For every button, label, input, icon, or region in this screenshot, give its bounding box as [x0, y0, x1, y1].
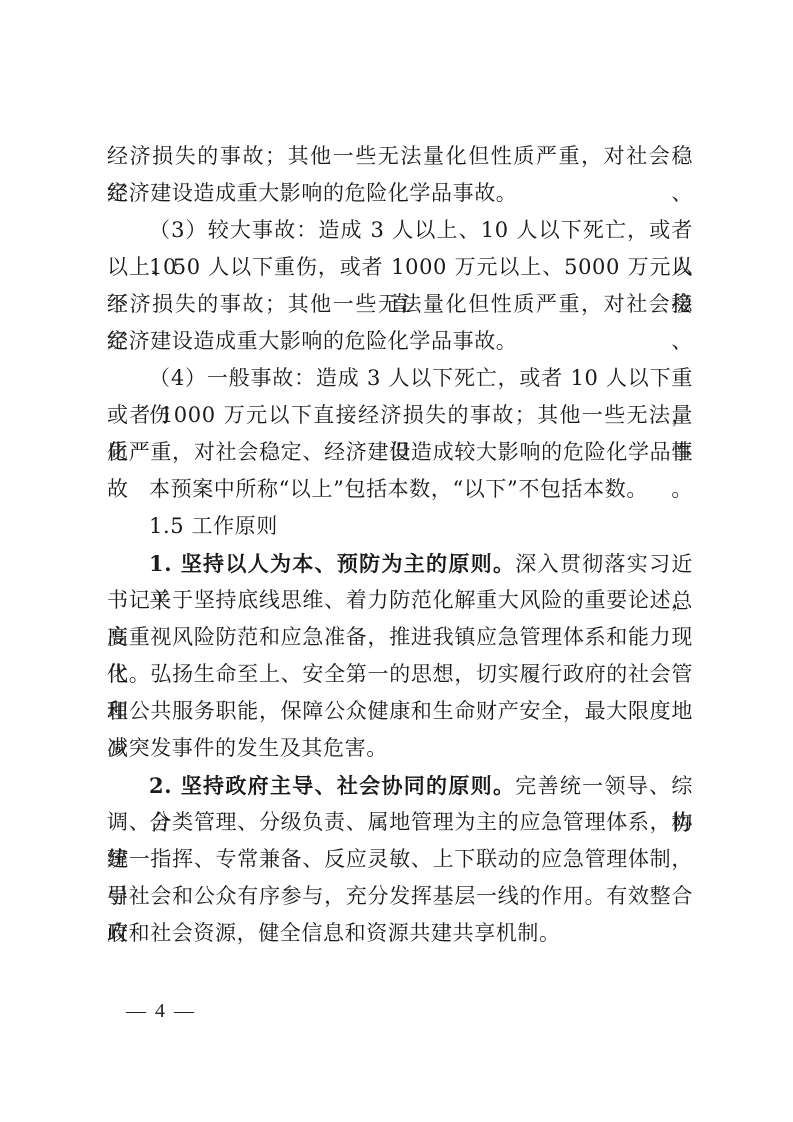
paragraph-major-accident: （3）较大事故：造成 3 人以上、10 人以下死亡，或者 10 人 — [107, 212, 693, 249]
paragraph-general-accident: （4）一般事故：造成 3 人以下死亡，或者 10 人以下重伤， — [107, 360, 693, 397]
line-text: 经济建设造成重大影响的危险化学品事故。 — [107, 329, 517, 353]
principle-1-title: 1. 坚持以人为本、预防为主的原则。 — [149, 551, 515, 576]
text-line: 统一指挥、专常兼备、反应灵敏、上下联动的应急管理体制，引 — [107, 841, 693, 878]
line-text: 本预案中所称“以上”包括本数，“以下”不包括本数。 — [149, 477, 648, 501]
text-line: 质严重，对社会稳定、经济建设造成较大影响的危险化学品事故。 — [107, 434, 693, 471]
principle-2-title: 2. 坚持政府主导、社会协同的原则。 — [149, 773, 515, 798]
section-title: 1.5 工作原则 — [149, 514, 278, 538]
text-line: 经济损失的事故；其他一些无法量化但性质严重，对社会稳定、 — [107, 138, 693, 175]
text-line: 导社会和公众有序参与，充分发挥基层一线的作用。有效整合政 — [107, 878, 693, 915]
text-line: 府和社会资源，健全信息和资源共建共享机制。 — [107, 915, 693, 952]
paragraph-definition-note: 本预案中所称“以上”包括本数，“以下”不包括本数。 — [107, 471, 693, 508]
line-text: 少突发事件的发生及其危害。 — [107, 736, 388, 760]
text-line: 少突发事件的发生及其危害。 — [107, 730, 693, 767]
document-body: 经济损失的事故；其他一些无法量化但性质严重，对社会稳定、 经济建设造成重大影响的… — [107, 138, 693, 952]
text-line: 化。弘扬生命至上、安全第一的思想，切实履行政府的社会管理 — [107, 656, 693, 693]
section-heading-1-5: 1.5 工作原则 — [107, 508, 693, 545]
principle-2-heading-line: 2. 坚持政府主导、社会协同的原则。完善统一领导、综合协 — [107, 767, 693, 804]
text-line: 和公共服务职能，保障公众健康和生命财产安全，最大限度地减 — [107, 693, 693, 730]
text-line: 以上、50 人以下重伤，或者 1000 万元以上、5000 万元以下直接 — [107, 249, 693, 286]
page-number: — 4 — — [126, 1000, 196, 1023]
text-line: 书记关于坚持底线思维、着力防范化解重大风险的重要论述，高 — [107, 582, 693, 619]
text-line: 或者 1000 万元以下直接经济损失的事故；其他一些无法量化但性 — [107, 397, 693, 434]
text-line: 经济损失的事故；其他一些无法量化但性质严重，对社会稳定、 — [107, 286, 693, 323]
text-line: 调、分类管理、分级负责、属地管理为主的应急管理体系，构建 — [107, 804, 693, 841]
principle-1-heading-line: 1. 坚持以人为本、预防为主的原则。深入贯彻落实习近平总 — [107, 545, 693, 582]
line-text: 府和社会资源，健全信息和资源共建共享机制。 — [107, 921, 561, 945]
line-text: 经济建设造成重大影响的危险化学品事故。 — [107, 181, 517, 205]
text-line: 度重视风险防范和应急准备，推进我镇应急管理体系和能力现代 — [107, 619, 693, 656]
